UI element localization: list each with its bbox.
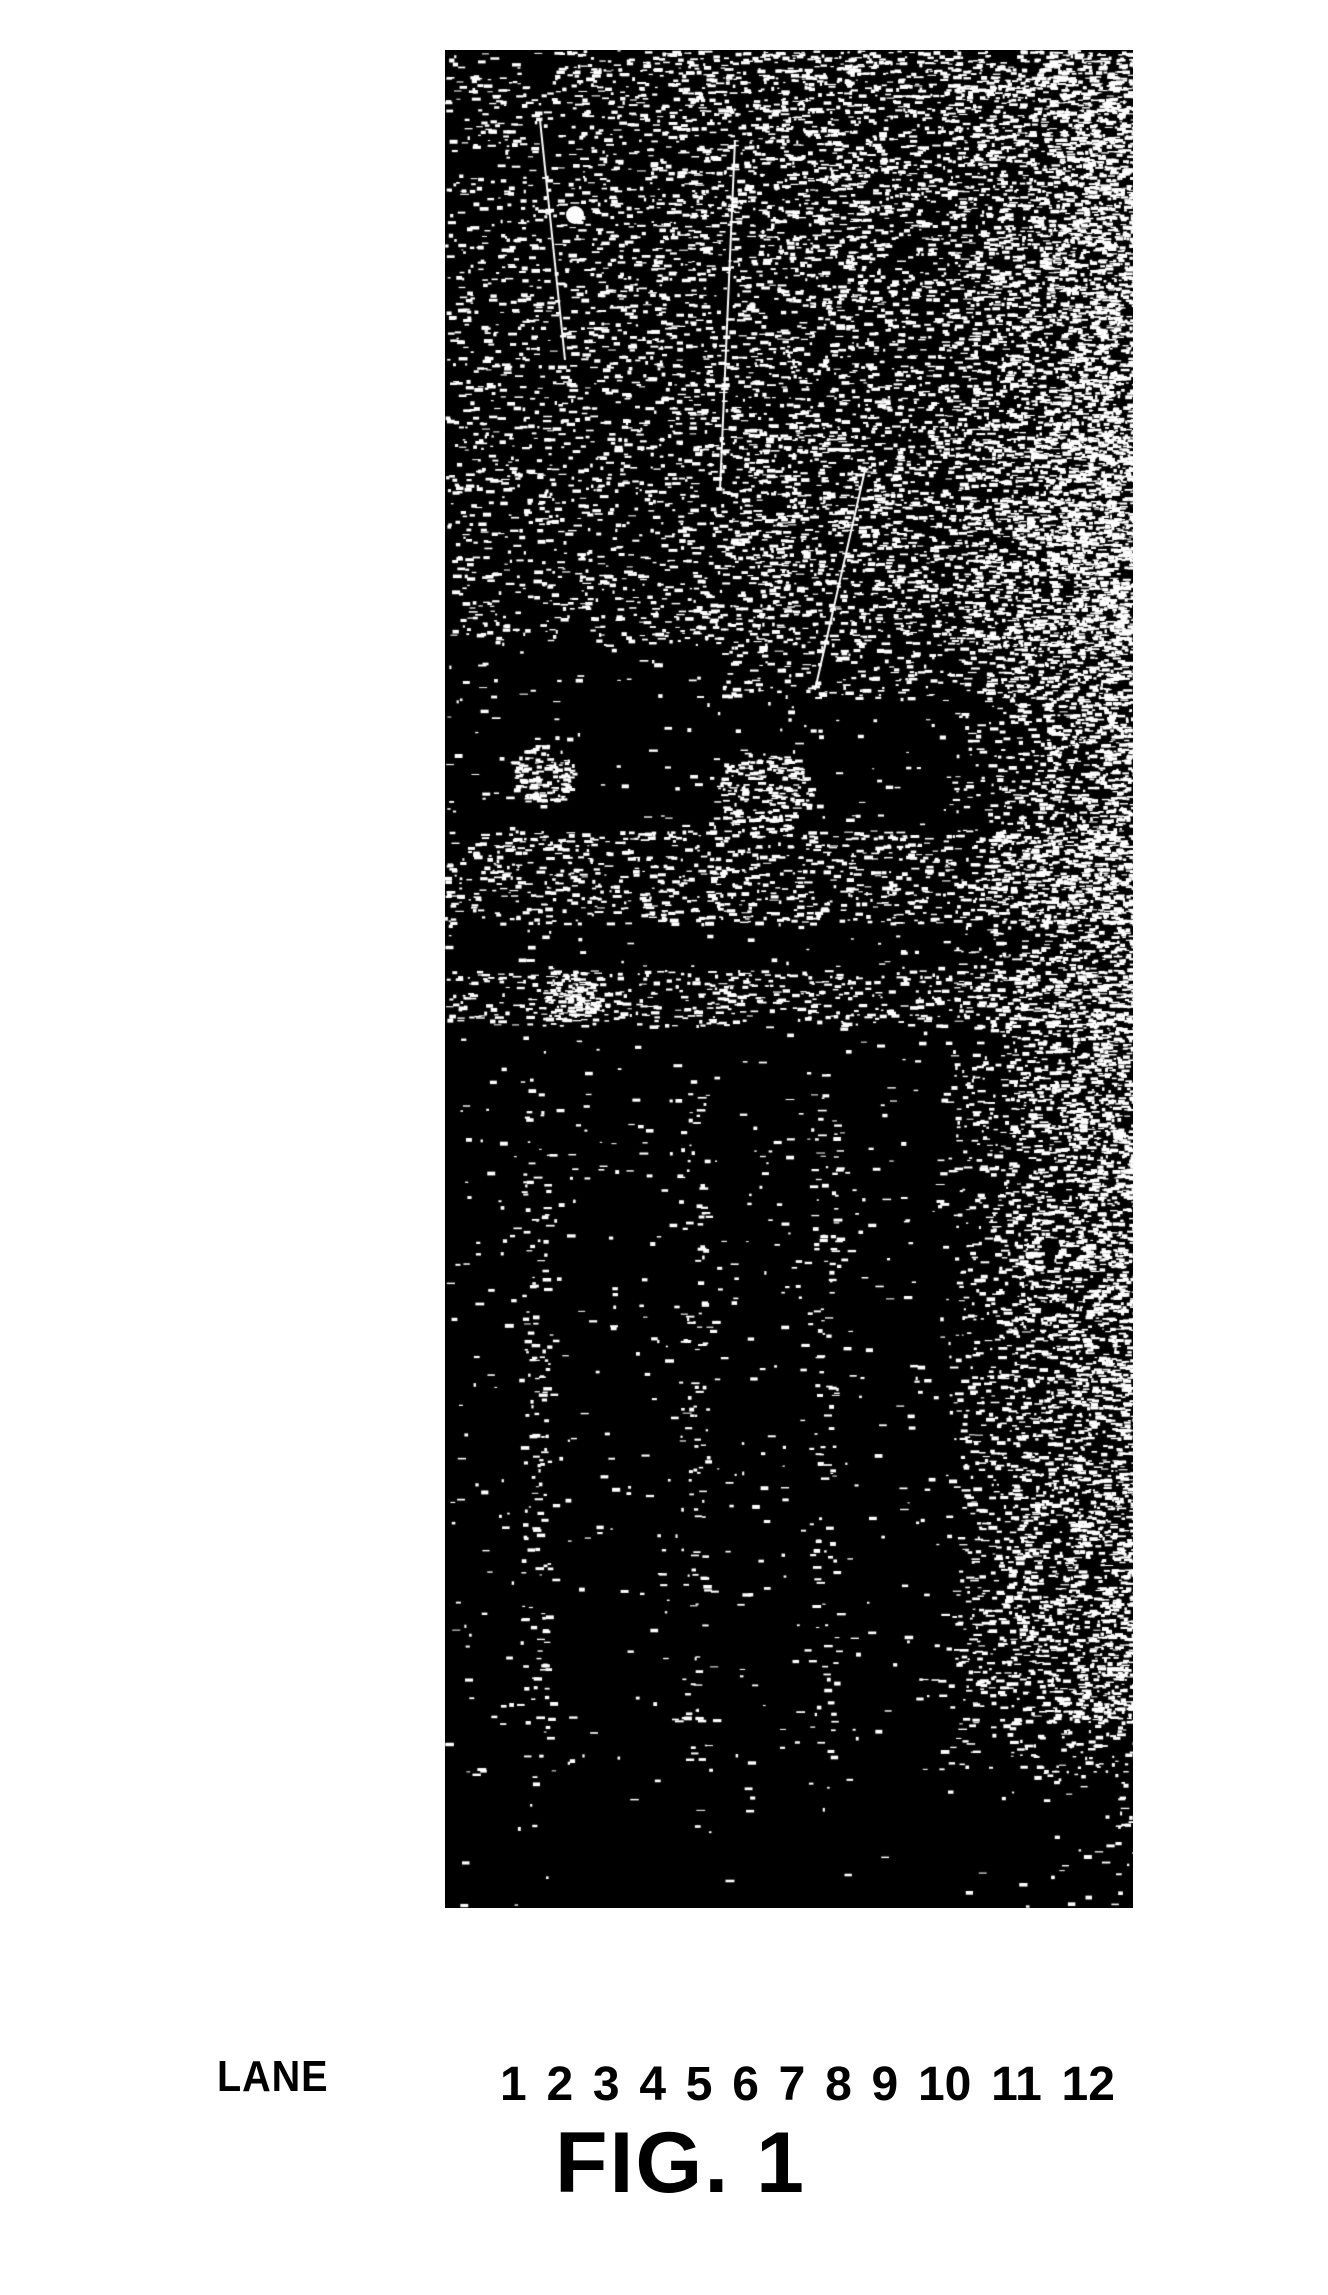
lane-number: 7 bbox=[779, 2061, 806, 2109]
gel-image bbox=[445, 50, 1133, 1908]
lane-number: 10 bbox=[918, 2061, 971, 2109]
lane-number: 12 bbox=[1062, 2061, 1115, 2109]
lane-number: 1 bbox=[500, 2061, 527, 2109]
lane-numbers: 123456789101112 bbox=[500, 2052, 1115, 2118]
lane-number: 3 bbox=[593, 2061, 620, 2109]
lane-axis-label: LANE bbox=[217, 2052, 328, 2102]
figure-caption: FIG. 1 bbox=[555, 2120, 806, 2206]
lane-number: 9 bbox=[872, 2061, 899, 2109]
lane-number: 11 bbox=[991, 2061, 1042, 2109]
gel-texture bbox=[445, 50, 1133, 1908]
lane-number: 6 bbox=[732, 2061, 759, 2109]
lane-number: 8 bbox=[825, 2061, 852, 2109]
lane-number: 2 bbox=[546, 2061, 573, 2109]
lane-number: 5 bbox=[686, 2061, 713, 2109]
lane-number: 4 bbox=[639, 2061, 666, 2109]
